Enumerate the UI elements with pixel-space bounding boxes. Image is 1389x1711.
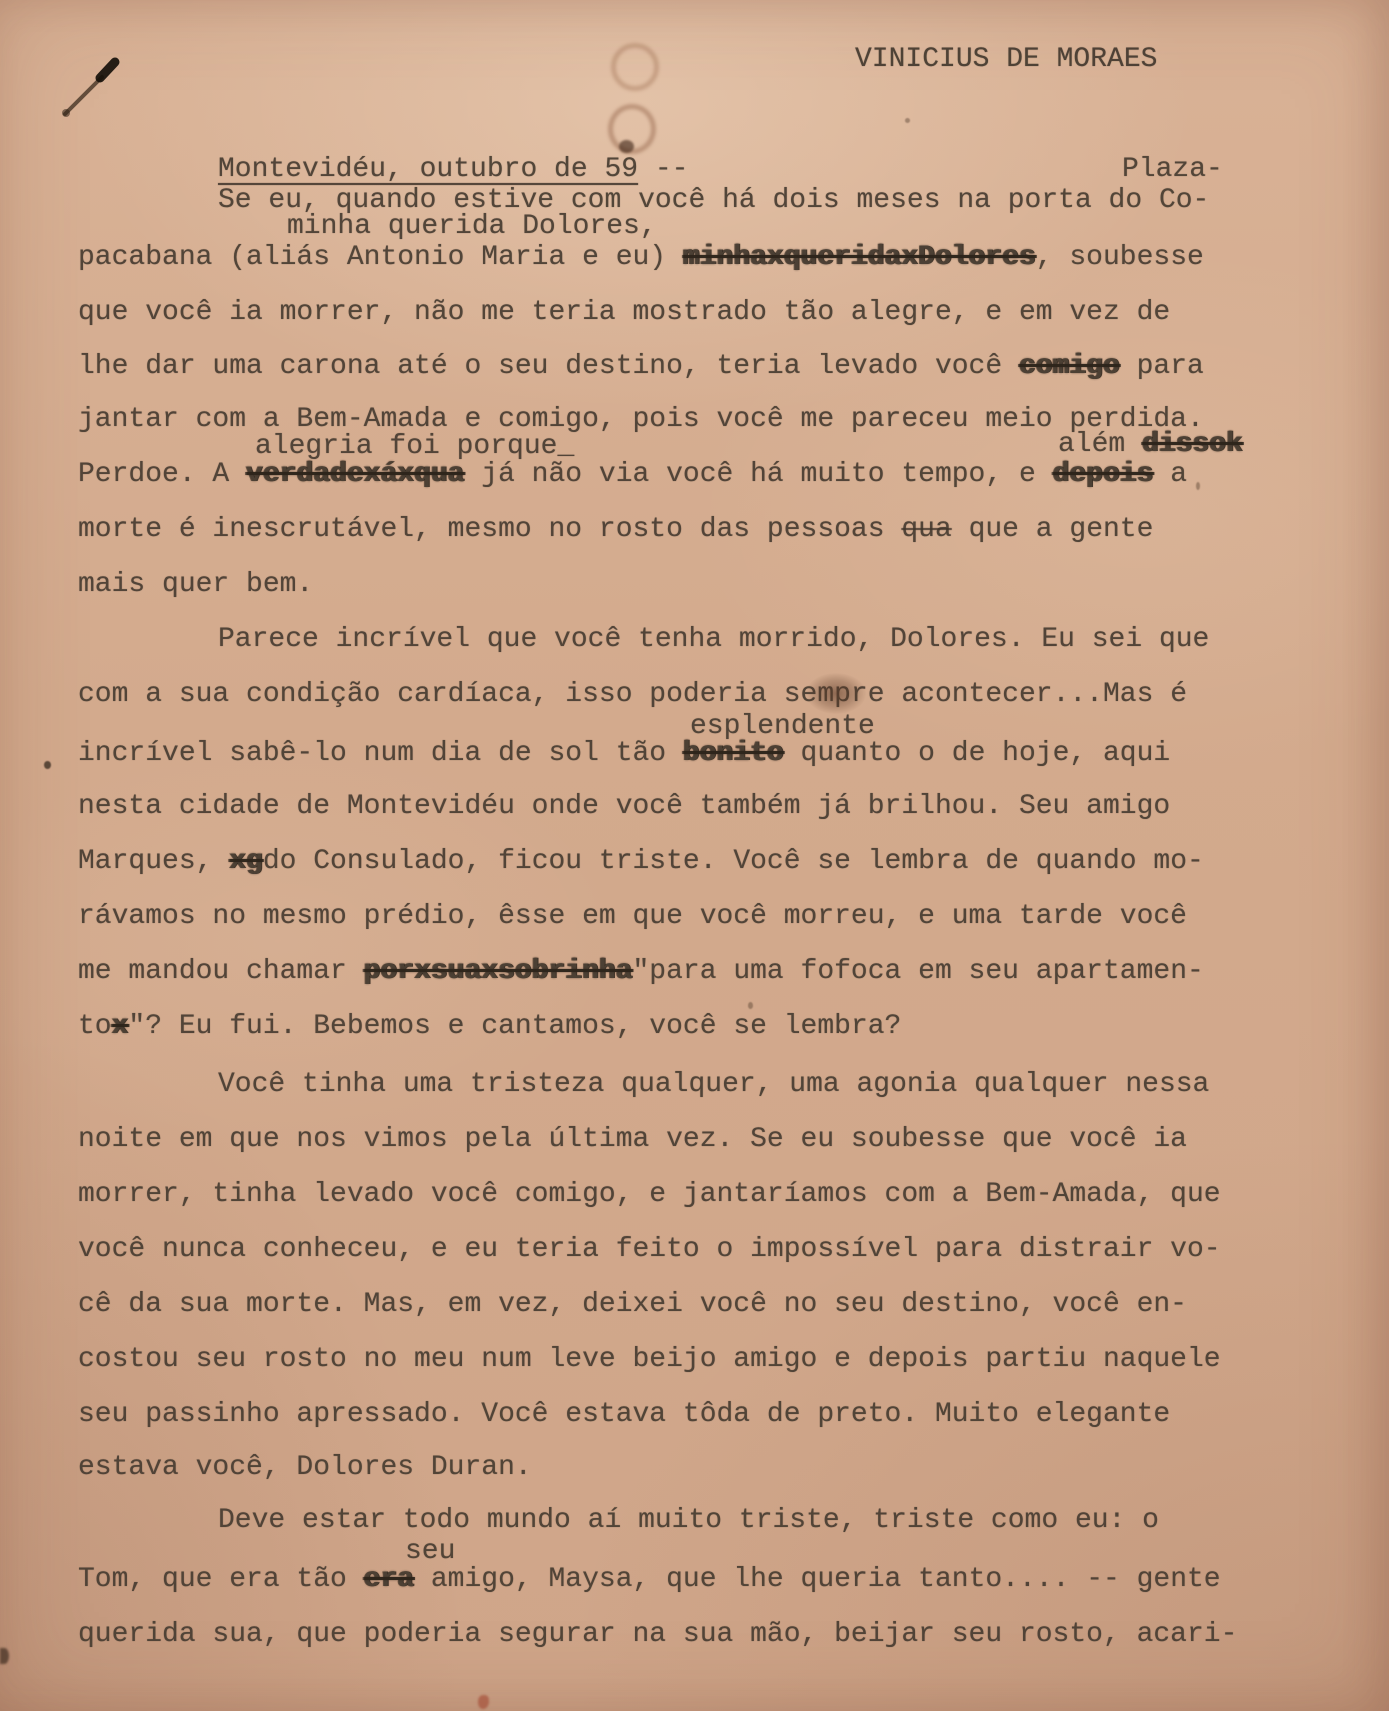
text-segment: que a gente [952,514,1154,545]
text-segment: seu passinho apressado. Você estava tôda… [78,1399,1170,1430]
letter-line: lhe dar uma carona até o seu destino, te… [78,352,1204,382]
text-segment: você nunca conheceu, e eu teria feito o … [78,1234,1221,1265]
text-segment: amigo, Maysa, que lhe queria tanto.... -… [414,1564,1221,1595]
text-segment: "? Eu fui. Bebemos e cantamos, você se l… [128,1011,901,1042]
text-segment: Montevidéu, outubro de 59 [218,154,638,185]
text-segment: to [78,1011,112,1042]
letter-line: Montevidéu, outubro de 59 -- [218,155,689,185]
letter-line: nesta cidade de Montevidéu onde você tam… [78,792,1170,822]
text-segment: costou seu rosto no meu num leve beijo a… [78,1344,1221,1375]
overstruck-text-segment: dissok [1142,429,1243,460]
text-segment: acontecer...Mas é [885,679,1187,710]
letter-line: seu passinho apressado. Você estava tôda… [78,1400,1170,1430]
overstruck-text-segment: x [112,1011,129,1042]
text-segment: pacabana (aliás Antonio Maria e eu) [78,242,683,273]
text-segment: mais quer bem. [78,569,313,600]
letter-line: costou seu rosto no meu num leve beijo a… [78,1345,1221,1375]
text-segment: além [1058,429,1142,460]
text-segment: noite em que nos vimos pela última vez. … [78,1124,1187,1155]
overstruck-text-segment: verdadexáxqua [246,459,464,490]
text-segment: quanto o de hoje, aqui [784,738,1170,769]
letter-line: querida sua, que poderia segurar na sua … [78,1620,1237,1650]
text-segment: Plaza- [1122,154,1223,185]
letter-line: cê da sua morte. Mas, em vez, deixei voc… [78,1290,1187,1320]
text-segment: Parece incrível que você tenha morrido, … [218,624,1209,655]
overstruck-text-segment: bonito [683,738,784,769]
ink-blob-mark [619,140,634,153]
text-segment: alegria foi porque_ [255,431,574,462]
overstruck-text-segment: porxsuaxsobrinha [364,956,633,987]
margin-dot-mark [44,761,51,769]
letter-line: pacabana (aliás Antonio Maria e eu) minh… [78,243,1204,273]
text-segment: estava você, Dolores Duran. [78,1452,532,1483]
speck-mark [748,1002,753,1009]
text-segment: nesta cidade de Montevidéu onde você tam… [78,791,1170,822]
text-segment: Você tinha uma tristeza qualquer, uma ag… [218,1069,1209,1100]
letter-line: Marques, xgdo Consulado, ficou triste. V… [78,847,1204,877]
letter-line: estava você, Dolores Duran. [78,1453,532,1483]
text-segment: para [1120,351,1204,382]
letter-line: noite em que nos vimos pela última vez. … [78,1125,1187,1155]
text-segment: que você ia morrer, não me teria mostrad… [78,297,1170,328]
letter-line: Deve estar todo mundo aí muito triste, t… [218,1506,1159,1536]
text-segment: jantar com a Bem-Amada e comigo, pois vo… [78,404,1204,435]
text-segment: me mandou chamar [78,956,364,987]
letter-line: mais quer bem. [78,570,313,600]
letter-line: Plaza- [1122,155,1223,185]
text-segment: minha querida Dolores, [287,211,657,242]
overstruck-text-segment: minhaxqueridaxDolores [683,242,1036,273]
text-segment: Deve estar todo mundo aí muito triste, t… [218,1505,1159,1536]
speck-mark [905,118,910,123]
overstruck-text-segment: comigo [1019,351,1120,382]
text-segment: Perdoe. A [78,459,246,490]
text-segment: morrer, tinha levado você comigo, e jant… [78,1179,1221,1210]
text-segment: incrível sabê-lo num dia de sol tão [78,738,683,769]
ink-stroke-mark [55,50,135,125]
letter-line: morrer, tinha levado você comigo, e jant… [78,1180,1221,1210]
ring-smudge-mark [611,43,659,91]
letter-line: com a sua condição cardíaca, isso poderi… [78,680,1187,710]
text-segment: cê da sua morte. Mas, em vez, deixei voc… [78,1289,1187,1320]
letter-line: seu [405,1537,455,1567]
letter-line: rávamos no mesmo prédio, êsse em que voc… [78,902,1187,932]
text-segment: com a sua condição cardíaca, isso poderi… [78,679,784,710]
text-segment: lhe dar uma carona até o seu destino, te… [78,351,1019,382]
letter-line: que você ia morrer, não me teria mostrad… [78,298,1170,328]
letter-line: Você tinha uma tristeza qualquer, uma ag… [218,1070,1209,1100]
text-segment: Tom, que era tão [78,1564,364,1595]
letter-line: incrível sabê-lo num dia de sol tão boni… [78,739,1170,769]
letter-line: Tom, que era tão era amigo, Maysa, que l… [78,1565,1221,1595]
text-segment: rávamos no mesmo prédio, êsse em que voc… [78,901,1187,932]
text-segment: do Consulado, ficou triste. Você se lemb… [263,846,1204,877]
text-segment: morte é inescrutável, mesmo no rosto das… [78,514,901,545]
text-segment: "para uma fofoca em seu apartamen- [633,956,1204,987]
letter-line: morte é inescrutável, mesmo no rosto das… [78,515,1153,545]
text-segment: qua [901,514,951,545]
text-segment: sempre [784,679,885,710]
letter-line: além dissok [1058,430,1243,460]
red-stain-mark [478,1695,489,1709]
text-segment: -- [638,154,688,185]
letter-line: minha querida Dolores, [287,212,657,242]
letter-line: tox"? Eu fui. Bebemos e cantamos, você s… [78,1012,901,1042]
text-segment: , soubesse [1036,242,1204,273]
text-segment: querida sua, que poderia segurar na sua … [78,1619,1237,1650]
letter-line: alegria foi porque_ [255,432,574,462]
typewritten-letter-page: VINICIUS DE MORAES Montevidéu, outubro d… [0,0,1389,1711]
letter-line: Parece incrível que você tenha morrido, … [218,625,1209,655]
text-segment: a [1153,459,1187,490]
letter-line: você nunca conheceu, e eu teria feito o … [78,1235,1221,1265]
edge-stain-mark [0,1648,9,1664]
letter-line: Perdoe. A verdadexáxqua já não via você … [78,460,1187,490]
author-letterhead: VINICIUS DE MORAES [855,45,1157,75]
overstruck-text-segment: era [364,1564,414,1595]
speck-mark [1196,482,1200,490]
overstruck-text-segment: xg [229,846,263,877]
text-segment: Marques, [78,846,229,877]
text-segment: já não via você há muito tempo, e [464,459,1052,490]
letter-line: me mandou chamar porxsuaxsobrinha"para u… [78,957,1204,987]
overstruck-text-segment: depois [1053,459,1154,490]
text-segment: seu [405,1536,455,1567]
letter-line: jantar com a Bem-Amada e comigo, pois vo… [78,405,1204,435]
